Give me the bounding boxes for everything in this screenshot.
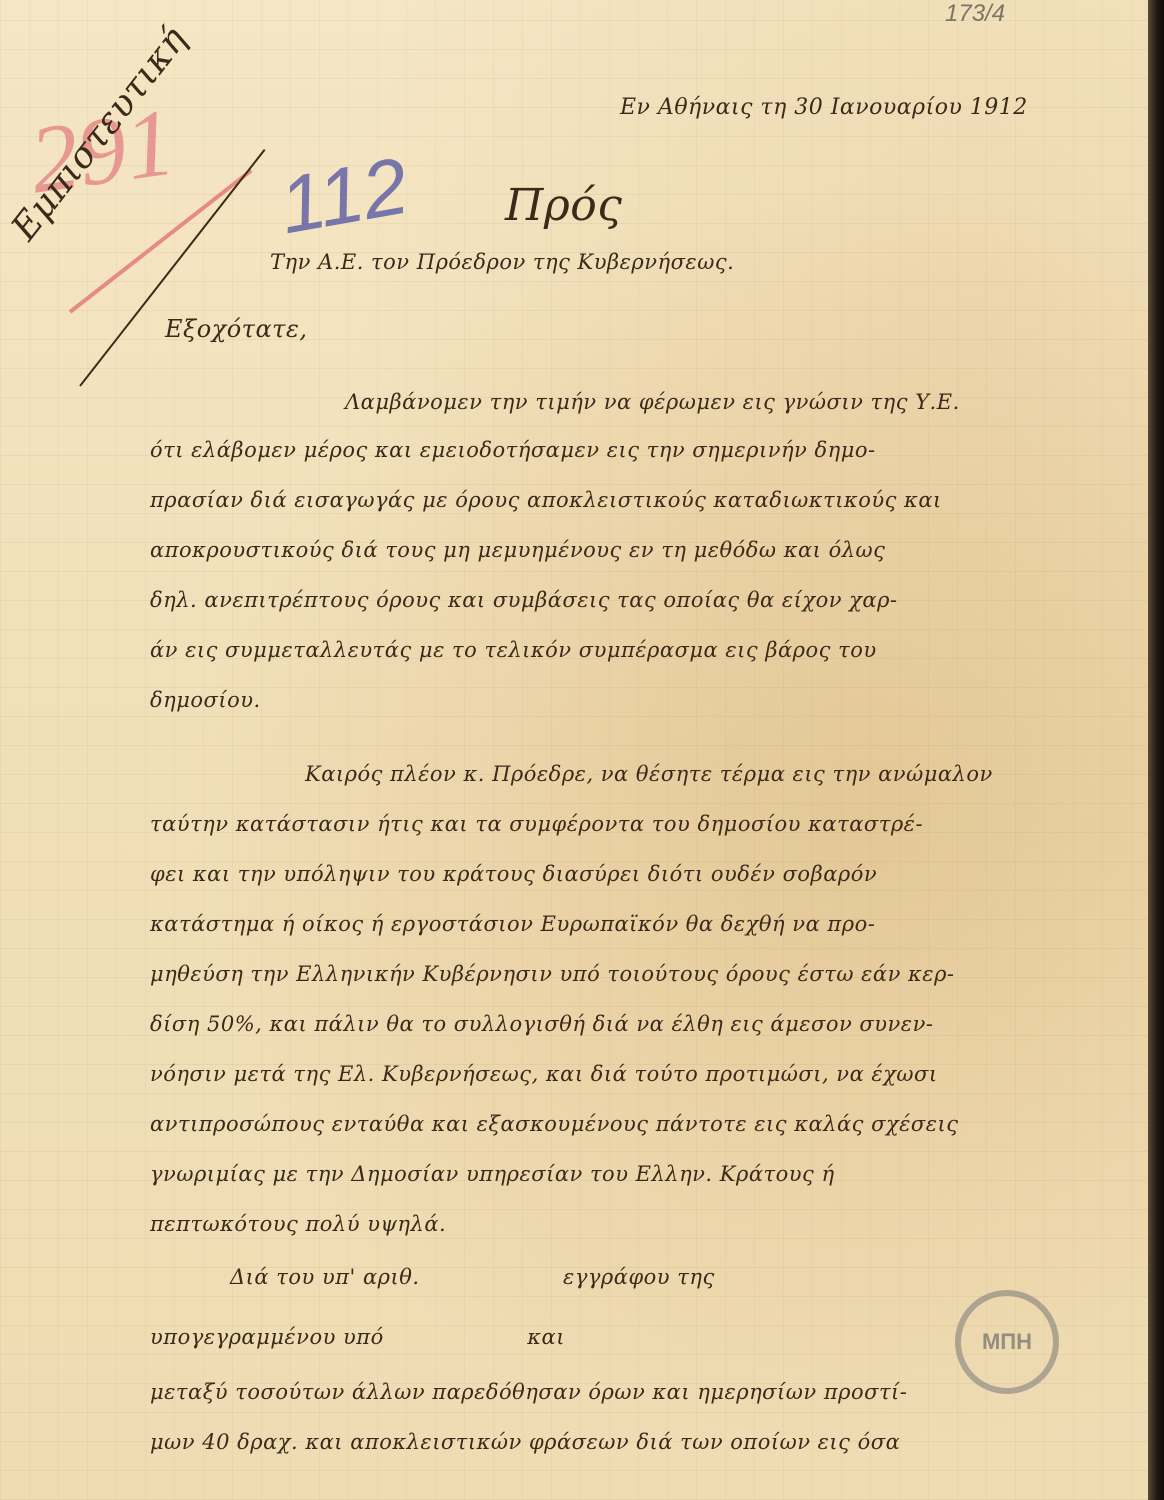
salutation: Εξοχότατε,	[165, 315, 307, 343]
body-line: φει και την υπόληψιν του κράτους διασύρε…	[150, 862, 877, 886]
heading: Πρός	[505, 180, 622, 231]
addressee: Την Α.Ε. τον Πρόεδρον της Κυβερνήσεως.	[270, 250, 734, 274]
body-line: κατάστημα ή οίκος ή εργοστάσιον Ευρωπαϊκ…	[150, 912, 875, 936]
body-line: νόησιν μετά της Ελ. Κυβερνήσεως, και διά…	[150, 1062, 938, 1086]
body-line: αποκρουστικούς διά τους μη μεμυημένους ε…	[150, 538, 885, 562]
body-line: πεπτωκότους πολύ υψηλά.	[150, 1212, 446, 1236]
body-line: μων 40 δραχ. και αποκλειστικών φράσεων δ…	[150, 1430, 900, 1454]
body-line: Λαμβάνομεν την τιμήν να φέρωμεν εις γνώσ…	[345, 390, 960, 414]
body-line: δηλ. ανεπιτρέπτους όρους και συμβάσεις τ…	[150, 588, 898, 612]
body-line: αντιπροσώπους ενταύθα και εξασκουμένους …	[150, 1112, 959, 1136]
stamp-text: ΜΠΗ	[982, 1329, 1032, 1355]
body-line: δημοσίου.	[150, 688, 261, 712]
archive-stamp-icon: ΜΠΗ	[955, 1290, 1059, 1394]
body-line: ότι ελάβομεν μέρος και εμειοδοτήσαμεν ει…	[150, 438, 876, 462]
archive-number: 173/4	[945, 0, 1005, 28]
body-line: μεταξύ τοσούτων άλλων παρεδόθησαν όρων κ…	[150, 1380, 907, 1404]
date-line: Εν Αθήναις τη 30 Ιανουαρίου 1912	[620, 95, 1028, 120]
body-line: πρασίαν διά εισαγωγάς με όρους αποκλειστ…	[150, 488, 942, 512]
page-edge-shadow	[1148, 0, 1164, 1500]
body-line: μηθεύση την Ελληνικήν Κυβέρνησιν υπό τοι…	[150, 962, 955, 986]
body-line: γνωριμίας με την Δημοσίαν υπηρεσίαν του …	[150, 1162, 835, 1186]
body-line: υπογεγραμμένου υπό και	[150, 1325, 565, 1349]
body-line: άν εις συμμεταλλευτάς με το τελικόν συμπ…	[150, 638, 877, 662]
body-line: Καιρός πλέον κ. Πρόεδρε, να θέσητε τέρμα…	[305, 762, 993, 786]
body-line: δίση 50%, και πάλιν θα το συλλογισθή διά…	[150, 1012, 933, 1036]
body-line: Διά του υπ' αριθ. εγγράφου της	[230, 1265, 715, 1289]
body-line: ταύτην κατάστασιν ήτις και τα συμφέροντα…	[150, 812, 923, 836]
